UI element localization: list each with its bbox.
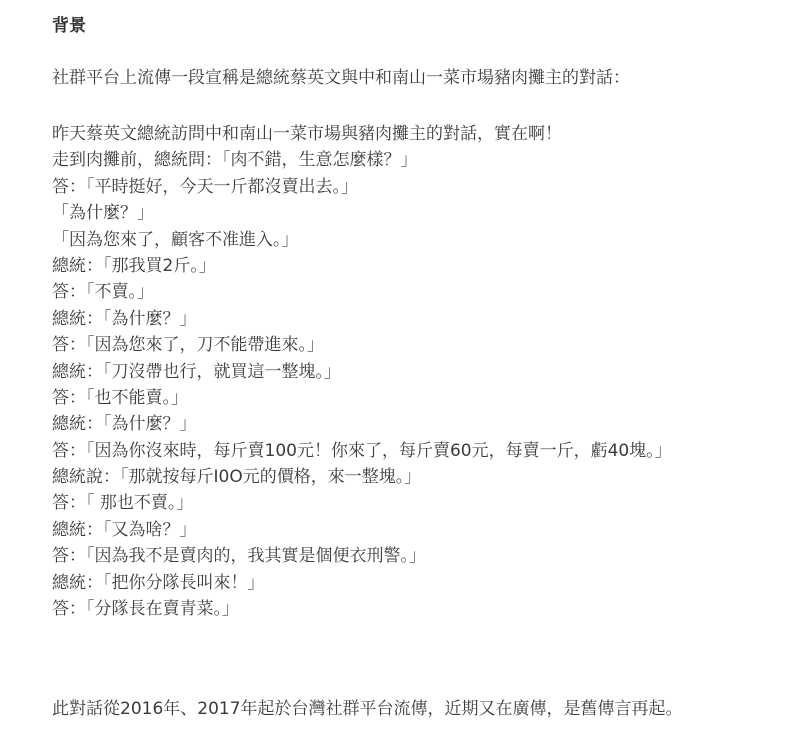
dialogue-line: 總統：「那我買2斤。」 bbox=[52, 253, 672, 279]
dialogue-line: 走到肉攤前，總統問：「肉不錯，生意怎麼樣？」 bbox=[52, 147, 672, 173]
conclusion-paragraph: 此對話從2016年、2017年起於台灣社群平台流傳，近期又在廣傳，是舊傳言再起。 bbox=[52, 697, 683, 721]
dialogue-line: 「因為您來了，顧客不准進入。」 bbox=[52, 227, 672, 253]
dialogue-line: 總統：「又為啥？」 bbox=[52, 517, 672, 543]
dialogue-line: 昨天蔡英文總統訪問中和南山一菜市場與豬肉攤主的對話，實在啊！ bbox=[52, 121, 672, 147]
dialogue-quote: 昨天蔡英文總統訪問中和南山一菜市場與豬肉攤主的對話，實在啊！ 走到肉攤前，總統問… bbox=[52, 121, 672, 622]
article-section: 背景 社群平台上流傳一段宣稱是總統蔡英文與中和南山一菜市場豬肉攤主的對話： 昨天… bbox=[0, 0, 800, 742]
dialogue-line: 答：「平時挺好，今天一斤都沒賣出去。」 bbox=[52, 174, 672, 200]
dialogue-line: 總統：「刀沒帶也行，就買這一整塊。」 bbox=[52, 359, 672, 385]
intro-paragraph: 社群平台上流傳一段宣稱是總統蔡英文與中和南山一菜市場豬肉攤主的對話： bbox=[52, 66, 630, 90]
dialogue-line: 答：「也不能賣。」 bbox=[52, 385, 672, 411]
dialogue-line: 總統：「把你分隊長叫來！」 bbox=[52, 570, 672, 596]
dialogue-line: 答：「因為你沒來時，每斤賣100元！你來了，每斤賣60元，每賣一斤，虧40塊。」 bbox=[52, 438, 672, 464]
dialogue-line: 答：「不賣。」 bbox=[52, 279, 672, 305]
dialogue-line: 總統：「為什麼？」 bbox=[52, 411, 672, 437]
dialogue-line: 答：「因為您來了，刀不能帶進來。」 bbox=[52, 332, 672, 358]
dialogue-line: 「為什麼？」 bbox=[52, 200, 672, 226]
dialogue-line: 答：「 那也不賣。」 bbox=[52, 490, 672, 516]
dialogue-line: 答：「分隊長在賣青菜。」 bbox=[52, 596, 672, 622]
dialogue-line: 答：「因為我不是賣肉的，我其實是個便衣刑警。」 bbox=[52, 543, 672, 569]
dialogue-line: 總統：「為什麼？」 bbox=[52, 306, 672, 332]
dialogue-line: 總統說：「那就按每斤I0O元的價格，來一整塊。」 bbox=[52, 464, 672, 490]
section-heading: 背景 bbox=[52, 14, 86, 38]
